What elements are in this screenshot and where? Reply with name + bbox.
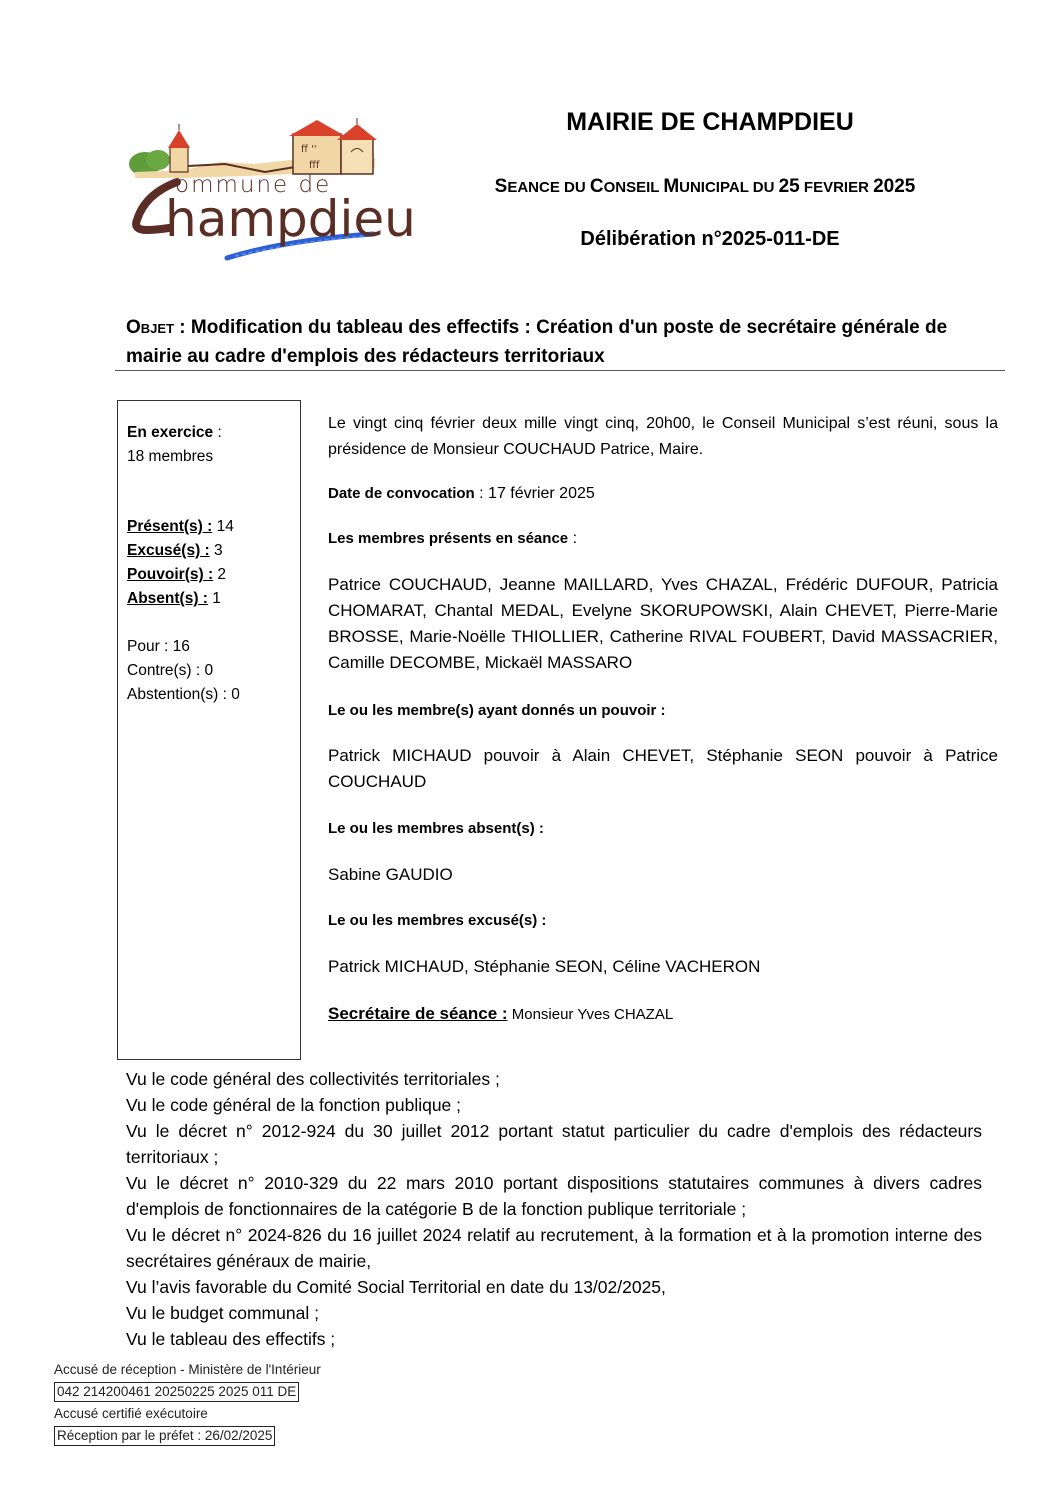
svg-text:fff: fff — [309, 160, 320, 171]
convocation-date: Date de convocation : 17 février 2025 — [328, 481, 998, 507]
visa-item: Vu le tableau des effectifs ; — [126, 1326, 982, 1352]
vote-pour: Pour : 16 — [127, 635, 240, 659]
en-exercice-sep: : — [213, 424, 222, 441]
seance-part: C — [590, 176, 604, 197]
seance-part: 25 — [779, 176, 800, 197]
presents-label: Les membres présents en séance — [328, 530, 568, 547]
stamp-executoire: Accusé certifié exécutoire — [54, 1404, 321, 1426]
visa-item: Vu le décret n° 2012-924 du 30 juillet 2… — [126, 1118, 982, 1170]
objet-divider — [115, 370, 1005, 371]
visa-item: Vu le décret n° 2024-826 du 16 juillet 2… — [126, 1222, 982, 1274]
stamp-reception-date: Réception par le préfet : 26/02/2025 — [54, 1426, 275, 1446]
pouvoir-list: Patrick MICHAUD pouvoir à Alain CHEVET, … — [328, 743, 998, 795]
vote-abstention: Abstention(s) : 0 — [127, 683, 240, 707]
visas-list: Vu le code général des collectivités ter… — [126, 1066, 982, 1352]
commune-logo: ff '' fff ommune de hampdieu — [125, 112, 385, 272]
vote-results: Pour : 16 Contre(s) : 0 Abstention(s) : … — [127, 635, 240, 707]
excuses-heading: Le ou les membres excusé(s) : — [328, 908, 998, 934]
seance-part: ONSEIL — [604, 179, 664, 196]
count-label: Absent(s) : — [127, 590, 208, 607]
presents-sep: : — [568, 530, 577, 547]
count-absent: Absent(s) : 1 — [127, 587, 234, 611]
seance-title: SEANCE DU CONSEIL MUNICIPAL DU 25 FEVRIE… — [440, 176, 970, 198]
visa-item: Vu le code général des collectivités ter… — [126, 1066, 982, 1092]
count-value: 2 — [213, 566, 226, 583]
attendance-summary-box: En exercice : 18 membres Présent(s) : 14… — [117, 400, 301, 1060]
en-exercice-value: 18 membres — [127, 448, 213, 465]
convocation-value: : 17 février 2025 — [475, 485, 595, 502]
count-value: 3 — [210, 542, 223, 559]
count-present: Présent(s) : 14 — [127, 515, 234, 539]
visa-item: Vu l’avis favorable du Comité Social Ter… — [126, 1274, 982, 1300]
seance-part: M — [663, 176, 679, 197]
logo-text-champdieu: hampdieu — [165, 190, 416, 248]
absents-list: Sabine GAUDIO — [328, 862, 998, 888]
secretaire-value: Monsieur Yves CHAZAL — [508, 1006, 674, 1023]
objet-label: Objet — [126, 317, 174, 338]
seance-part: S — [495, 176, 508, 197]
secretaire-seance: Secrétaire de séance : Monsieur Yves CHA… — [328, 1001, 998, 1028]
visa-item: Vu le budget communal ; — [126, 1300, 982, 1326]
objet-heading: Objet : Modification du tableau des effe… — [126, 313, 1006, 371]
stamp-ministry: Accusé de réception - Ministère de l'Int… — [54, 1360, 321, 1382]
deliberation-number: Délibération n°2025-011-DE — [460, 228, 960, 251]
count-value: 1 — [208, 590, 221, 607]
en-exercice: En exercice : 18 membres — [127, 421, 222, 469]
objet-text: Modification du tableau des effectifs : … — [126, 317, 947, 367]
objet-separator: : — [174, 317, 191, 338]
session-intro: Le vingt cinq février deux mille vingt c… — [328, 411, 998, 463]
count-pouvoir: Pouvoir(s) : 2 — [127, 563, 234, 587]
attendance-counts: Présent(s) : 14 Excusé(s) : 3 Pouvoir(s)… — [127, 515, 234, 611]
vote-contre: Contre(s) : 0 — [127, 659, 240, 683]
count-label: Excusé(s) : — [127, 542, 210, 559]
mairie-title: MAIRIE DE CHAMPDIEU — [460, 108, 960, 137]
secretaire-label: Secrétaire de séance : — [328, 1004, 508, 1023]
seance-part: FEVRIER — [800, 179, 873, 196]
presents-heading: Les membres présents en séance : — [328, 526, 998, 552]
en-exercice-label: En exercice — [127, 424, 213, 441]
count-label: Pouvoir(s) : — [127, 566, 213, 583]
seance-part: EANCE DU — [507, 179, 590, 196]
absents-heading: Le ou les membres absent(s) : — [328, 816, 998, 842]
pouvoir-heading: Le ou les membre(s) ayant donnés un pouv… — [328, 698, 998, 724]
presents-list: Patrice COUCHAUD, Jeanne MAILLARD, Yves … — [328, 572, 998, 676]
prefecture-receipt-stamp: Accusé de réception - Ministère de l'Int… — [54, 1360, 321, 1448]
visa-item: Vu le décret n° 2010-329 du 22 mars 2010… — [126, 1170, 982, 1222]
convocation-label: Date de convocation — [328, 485, 475, 502]
count-excuse: Excusé(s) : 3 — [127, 539, 234, 563]
seance-part: UNICIPAL DU — [679, 179, 778, 196]
svg-text:ff '': ff '' — [301, 144, 317, 155]
visa-item: Vu le code général de la fonction publiq… — [126, 1092, 982, 1118]
stamp-reference: 042 214200461 20250225 2025 011 DE — [54, 1382, 299, 1402]
count-value: 14 — [212, 518, 234, 535]
count-label: Présent(s) : — [127, 518, 212, 535]
excuses-list: Patrick MICHAUD, Stéphanie SEON, Céline … — [328, 954, 998, 980]
seance-part: 2025 — [873, 176, 915, 197]
